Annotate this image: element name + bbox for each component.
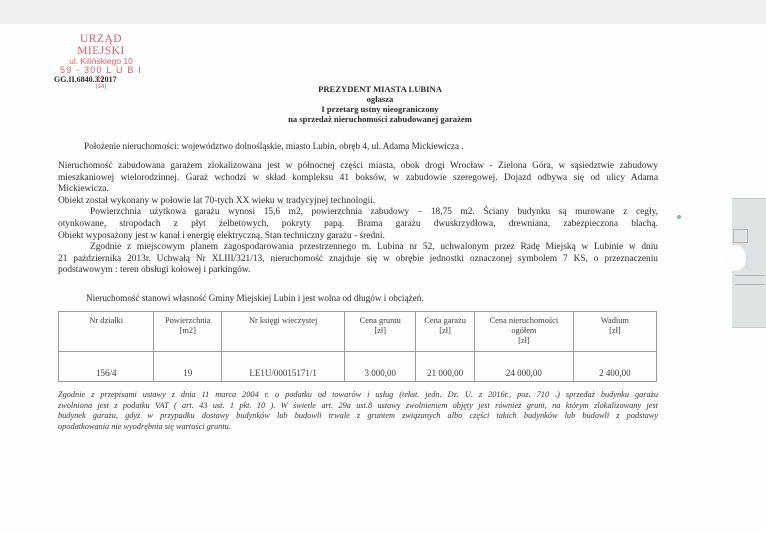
column-header-text: Wadium [575,316,655,326]
description-line: otynkowane, stropodach z płyt żelbetowyc… [58,219,658,231]
heading-issuer: PREZYDENT MIASTA LUBINA [180,84,580,94]
table-cell: 2 400,00 [573,352,656,382]
ownership-statement: Nieruchomość stanowi własność Gminy Miej… [86,293,424,305]
price-table: Nr działkiPowierzchnia[m2]Nr księgi wiec… [58,311,657,382]
column-header: Nr działki [59,312,154,352]
column-header-text: [zł] [575,326,655,336]
property-description: Nieruchomość zabudowana garażem zlokaliz… [58,161,658,277]
vat-note: Zgodnie z przepisami ustawy z dnia 11 ma… [58,390,658,432]
heading-subject: na sprzedaż nieruchomości zabudowanej ga… [180,114,580,124]
description-line: mieszkaniowej wielorodzinnej. Garaż wcho… [58,173,658,185]
column-header-text: ogółem [476,326,572,336]
description-line: Obiekt został wykonany w połowie lat 70-… [58,196,658,208]
reference-number: GG.II.6840.3.2017 [54,75,117,84]
description-line: Mickiewicza. [58,184,658,196]
description-line: Nieruchomość zabudowana garażem zlokaliz… [58,161,658,173]
table-cell: 24 000,00 [475,352,574,382]
heading-announces: ogłasza [180,94,580,104]
column-header-text: Nr działki [60,316,152,326]
announcement-heading: PREZYDENT MIASTA LUBINA ogłasza I przeta… [180,84,580,124]
description-line: Zgodnie z miejscowym planem zagospodarow… [58,242,658,254]
table-cell: 156/4 [59,352,154,382]
table-cell: LE1U/00015171/1 [222,352,345,382]
scan-top-edge [0,0,766,25]
vat-note-line: opodatkowania nie wyodrębnia się wartośc… [58,422,658,433]
description-line: Obiekt wyposażony jest w kanał i energię… [58,231,658,243]
folder-tab-notch [726,245,746,271]
vat-note-line: Zgodnie z przepisami ustawy z dnia 11 ma… [58,390,658,401]
vat-note-line: budynek garażu, gdyż w przypadku dostawy… [58,411,658,422]
column-header-text: [zł] [476,336,572,346]
vat-note-line: zwolniona jest z podatku VAT ( art. 43 u… [58,401,658,412]
table-cell: 19 [154,352,222,382]
column-header-text: Powierzchnia [155,316,220,326]
column-header-text: Cena garażu [417,316,473,326]
column-header: Nr księgi wieczystej [222,312,345,352]
column-header-text: [zł] [346,326,414,336]
column-header-text: [zł] [417,326,473,336]
column-header: Cena nieruchomościogółem[zł] [475,312,574,352]
heading-tender-type: I przetarg ustny nieograniczony [180,104,580,114]
column-header: Cena garażu[zł] [416,312,475,352]
table-header-row: Nr działkiPowierzchnia[m2]Nr księgi wiec… [59,312,657,352]
description-line: podstawowym : teren obsługi kołowej i pa… [58,265,658,277]
column-header: Cena gruntu[zł] [345,312,416,352]
column-header-text: Cena gruntu [346,316,414,326]
table-cell: 3 000,00 [345,352,416,382]
column-header: Wadium[zł] [573,312,656,352]
description-line: Powierzchnia użytkowa garażu wynosi 15,6… [58,207,658,219]
table-row: 156/419LE1U/00015171/13 000,0021 000,002… [59,352,657,382]
property-location: Położenie nieruchomości: województwo dol… [84,141,464,153]
stamp-line-1: URZĄD MIEJSKI [55,33,147,57]
column-header-text: Cena nieruchomości [476,316,572,326]
description-line: 21 października 2013r. Uchwałą Nr XLIII/… [58,254,658,266]
table-cell: 21 000,00 [416,352,475,382]
column-header-text: [m2] [155,326,220,336]
column-header: Powierzchnia[m2] [154,312,222,352]
column-header-text: Nr księgi wieczystej [223,316,343,326]
scan-speck [677,215,681,219]
stamp-line-4: (14) [55,84,147,91]
folder-tab-mark-icon [733,229,748,243]
folder-tab-print-icon [735,275,765,285]
folder-tab-edge [732,198,766,328]
